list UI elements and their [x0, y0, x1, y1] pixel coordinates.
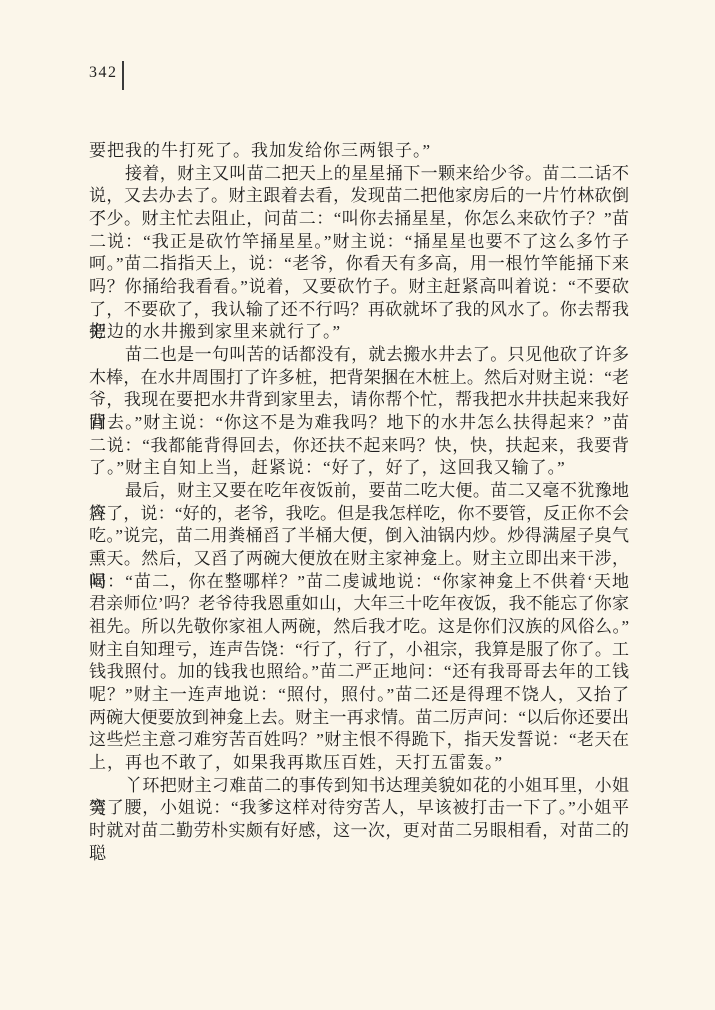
text-line: 说，又去办去了。财主跟着去看，发现苗二把他家房后的一片竹林砍倒了	[89, 185, 629, 208]
text-line: 君亲师位’吗？老爷待我恩重如山，大年三十吃年夜饭，我不能忘了你家	[89, 593, 629, 616]
text-line: 两碗大便要放到神龛上去。财主一再求情。苗二厉声问：“以后你还要出	[89, 707, 629, 730]
text-line: 这些烂主意刁难穷苦百姓吗？”财主恨不得跪下，指天发誓说：“老天在	[89, 729, 629, 752]
text-line: 弯了腰，小姐说：“我爹这样对待穷苦人，早该被打击一下了。”小姐平	[89, 797, 629, 820]
text-line: 吗？你捅给我看看。”说着，又要砍竹子。财主赶紧高叫着说：“不要砍	[89, 276, 629, 299]
text-line: 回去。”财主说：“你这不是为难我吗？地下的水井怎么扶得起来？”苗	[89, 412, 629, 435]
text-line: 最后，财主又要在吃年夜饭前，要苗二吃大便。苗二又毫不犹豫地答	[89, 480, 629, 503]
text-line: 呵。”苗二指指天上，说：“老爷，你看天有多高，用一根竹竿能捅下来	[89, 253, 629, 276]
text-line: 要把我的牛打死了。我加发给你三两银子。”	[89, 140, 629, 163]
text-line: 时就对苗二勤劳朴实颇有好感，这一次，更对苗二另眼相看，对苗二的聪	[89, 820, 629, 843]
page-number: 342	[89, 63, 118, 83]
text-line: 呢？”财主一连声地说：“照付，照付。”苗二还是得理不饶人，又抬了	[89, 684, 629, 707]
text-line: 钱我照付。加的钱我也照给。”苗二严正地问：“还有我哥哥去年的工钱	[89, 661, 629, 684]
text-line: 旁边的水井搬到家里来就行了。”	[89, 321, 629, 344]
text-line: 问：“苗二，你在整哪样？”苗二虔诚地说：“你家神龛上不供着‘天地	[89, 571, 629, 594]
text-line: 祖先。所以先敬你家祖人两碗，然后我才吃。这是你们汉族的风俗么。”	[89, 616, 629, 639]
text-block: 要把我的牛打死了。我加发给你三两银子。”接着，财主又叫苗二把天上的星星捅下一颗来…	[89, 140, 629, 843]
text-line: 熏天。然后，又舀了两碗大便放在财主家神龛上。财主立即出来干涉，喝	[89, 548, 629, 571]
text-line: 上，再也不敢了，如果我再欺压百姓，天打五雷轰。”	[89, 752, 629, 775]
page-number-divider	[122, 61, 124, 90]
text-line: 吃。”说完，苗二用粪桶舀了半桶大便，倒入油锅内炒。炒得满屋子臭气	[89, 525, 629, 548]
text-line: 了，不要砍了，我认输了还不行吗？再砍就坏了我的风水了。你去帮我把	[89, 299, 629, 322]
text-line: 财主自知理亏，连声告饶：“行了，行了，小祖宗，我算是服了你了。工	[89, 639, 629, 662]
text-line: 木棒，在水井周围打了许多桩，把背架捆在木桩上。然后对财主说：“老	[89, 367, 629, 390]
text-line: 二说：“我都能背得回去，你还扶不起来吗？快，快，扶起来，我要背	[89, 435, 629, 458]
text-line: 不少。财主忙去阻止，问苗二：“叫你去捅星星，你怎么来砍竹子？”苗	[89, 208, 629, 231]
text-line: 二说：“我正是砍竹竿捅星星。”财主说：“捅星星也要不了这么多竹子	[89, 231, 629, 254]
text-line: 接着，财主又叫苗二把天上的星星捅下一颗来给少爷。苗二二话不	[89, 163, 629, 186]
text-line: 爷，我现在要把水井背到家里去，请你帮个忙，帮我把水井扶起来我好背	[89, 389, 629, 412]
text-line: 了。”财主自知上当，赶紧说：“好了，好了，这回我又输了。”	[89, 457, 629, 480]
book-page: 342 要把我的牛打死了。我加发给你三两银子。”接着，财主又叫苗二把天上的星星捅…	[0, 0, 715, 1010]
text-line: 丫环把财主刁难苗二的事传到知书达理美貌如花的小姐耳里，小姐笑	[89, 775, 629, 798]
text-line: 应了，说：“好的，老爷，我吃。但是我怎样吃，你不要管，反正你不会	[89, 503, 629, 526]
text-line: 苗二也是一句叫苦的话都没有，就去搬水井去了。只见他砍了许多	[89, 344, 629, 367]
